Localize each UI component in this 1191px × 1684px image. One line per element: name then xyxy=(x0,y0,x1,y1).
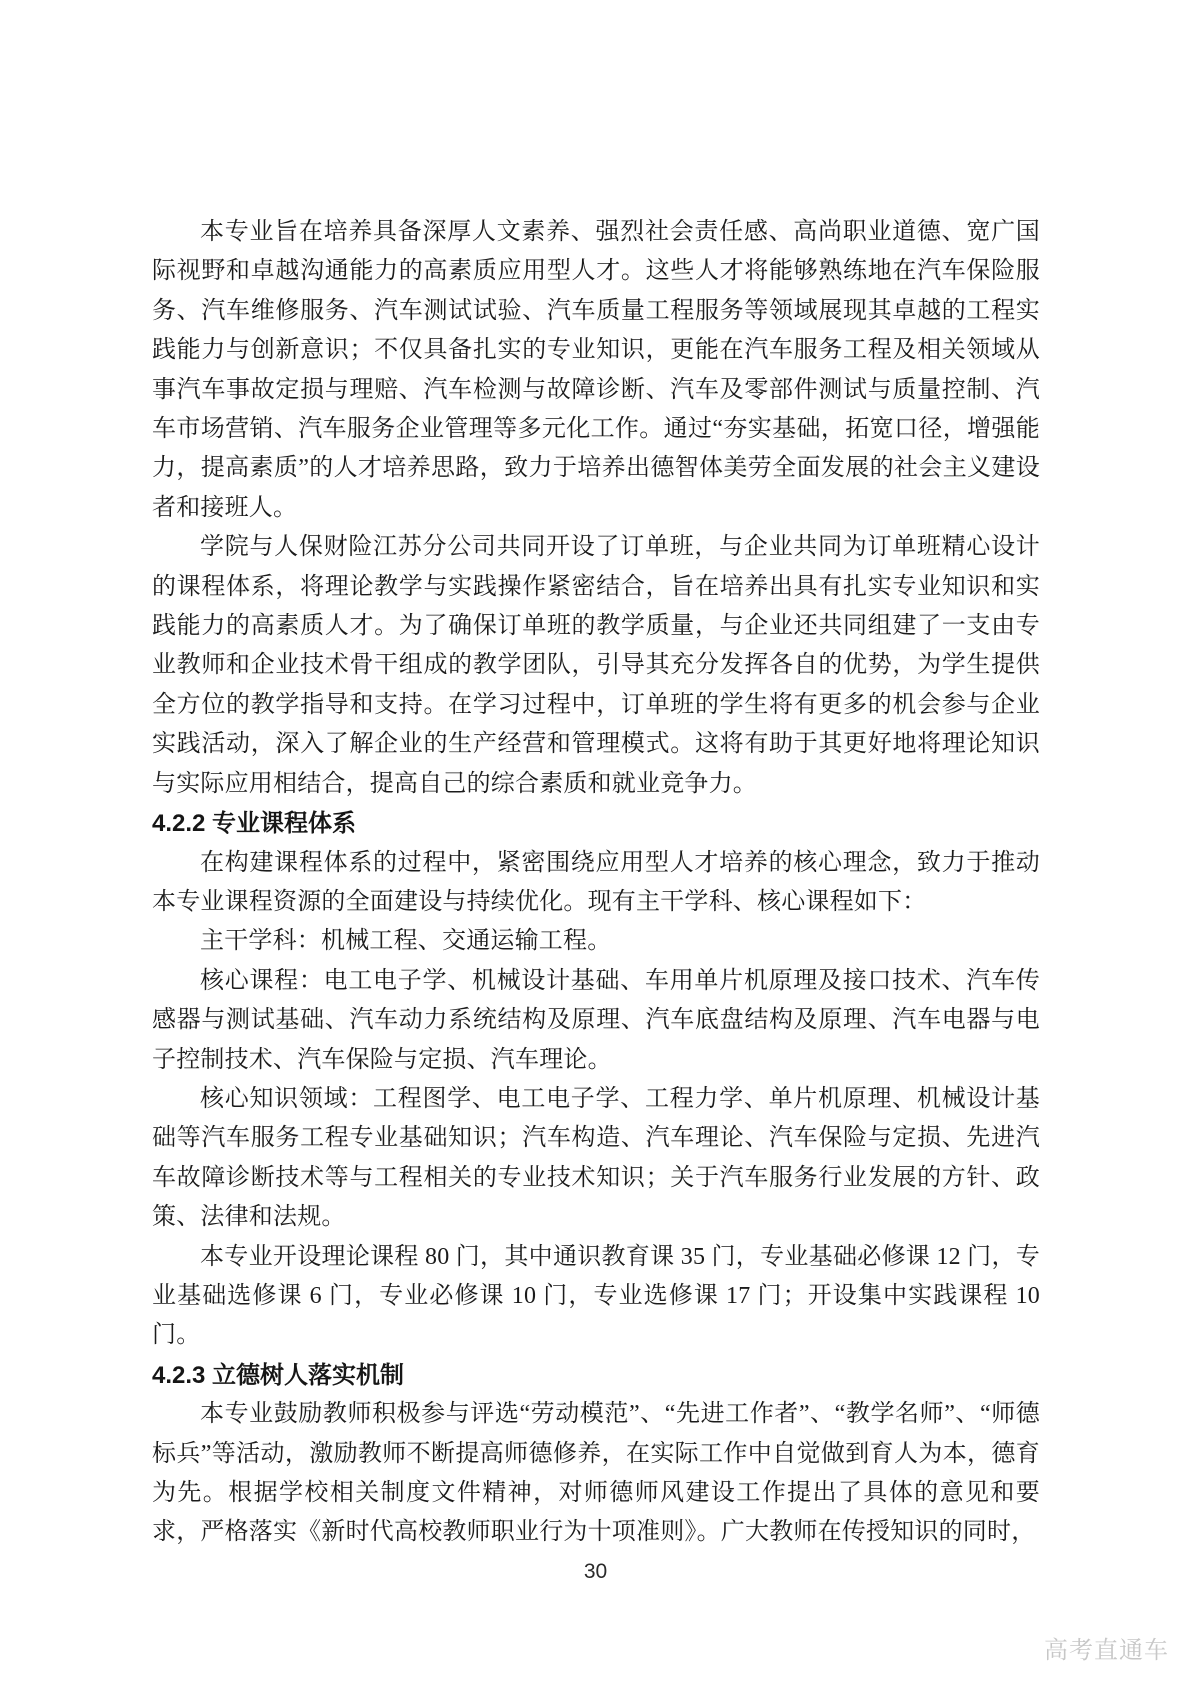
page-number: 30 xyxy=(0,1560,1191,1584)
paragraph-curriculum-intro: 在构建课程体系的过程中，紧密围绕应用型人才培养的核心理念，致力于推动本专业课程资… xyxy=(152,844,1040,923)
paragraph-core-knowledge-areas: 核心知识领域：工程图学、电工电子学、工程力学、单片机原理、机械设计基础等汽车服务… xyxy=(152,1080,1040,1238)
paragraph-course-counts: 本专业开设理论课程 80 门，其中通识教育课 35 门，专业基础必修课 12 门… xyxy=(152,1238,1040,1356)
section-heading-4-2-2: 4.2.2 专业课程体系 xyxy=(152,804,1040,843)
paragraph-training-goal: 本专业旨在培养具备深厚人文素养、强烈社会责任感、高尚职业道德、宽广国际视野和卓越… xyxy=(152,213,1040,528)
paragraph-main-disciplines: 主干学科：机械工程、交通运输工程。 xyxy=(152,922,1040,961)
paragraph-moral-education: 本专业鼓励教师积极参与评选“劳动模范”、“先进工作者”、“教学名师”、“师德标兵… xyxy=(152,1395,1040,1553)
section-heading-4-2-3: 4.2.3 立德树人落实机制 xyxy=(152,1356,1040,1395)
document-page: 本专业旨在培养具备深厚人文素养、强烈社会责任感、高尚职业道德、宽广国际视野和卓越… xyxy=(0,0,1191,1684)
paragraph-order-class: 学院与人保财险江苏分公司共同开设了订单班，与企业共同为订单班精心设计的课程体系，… xyxy=(152,528,1040,804)
paragraph-core-courses: 核心课程：电工电子学、机械设计基础、车用单片机原理及接口技术、汽车传感器与测试基… xyxy=(152,962,1040,1080)
watermark-text: 高考直通车 xyxy=(1044,1630,1169,1665)
document-body: 本专业旨在培养具备深厚人文素养、强烈社会责任感、高尚职业道德、宽广国际视野和卓越… xyxy=(152,213,1040,1553)
